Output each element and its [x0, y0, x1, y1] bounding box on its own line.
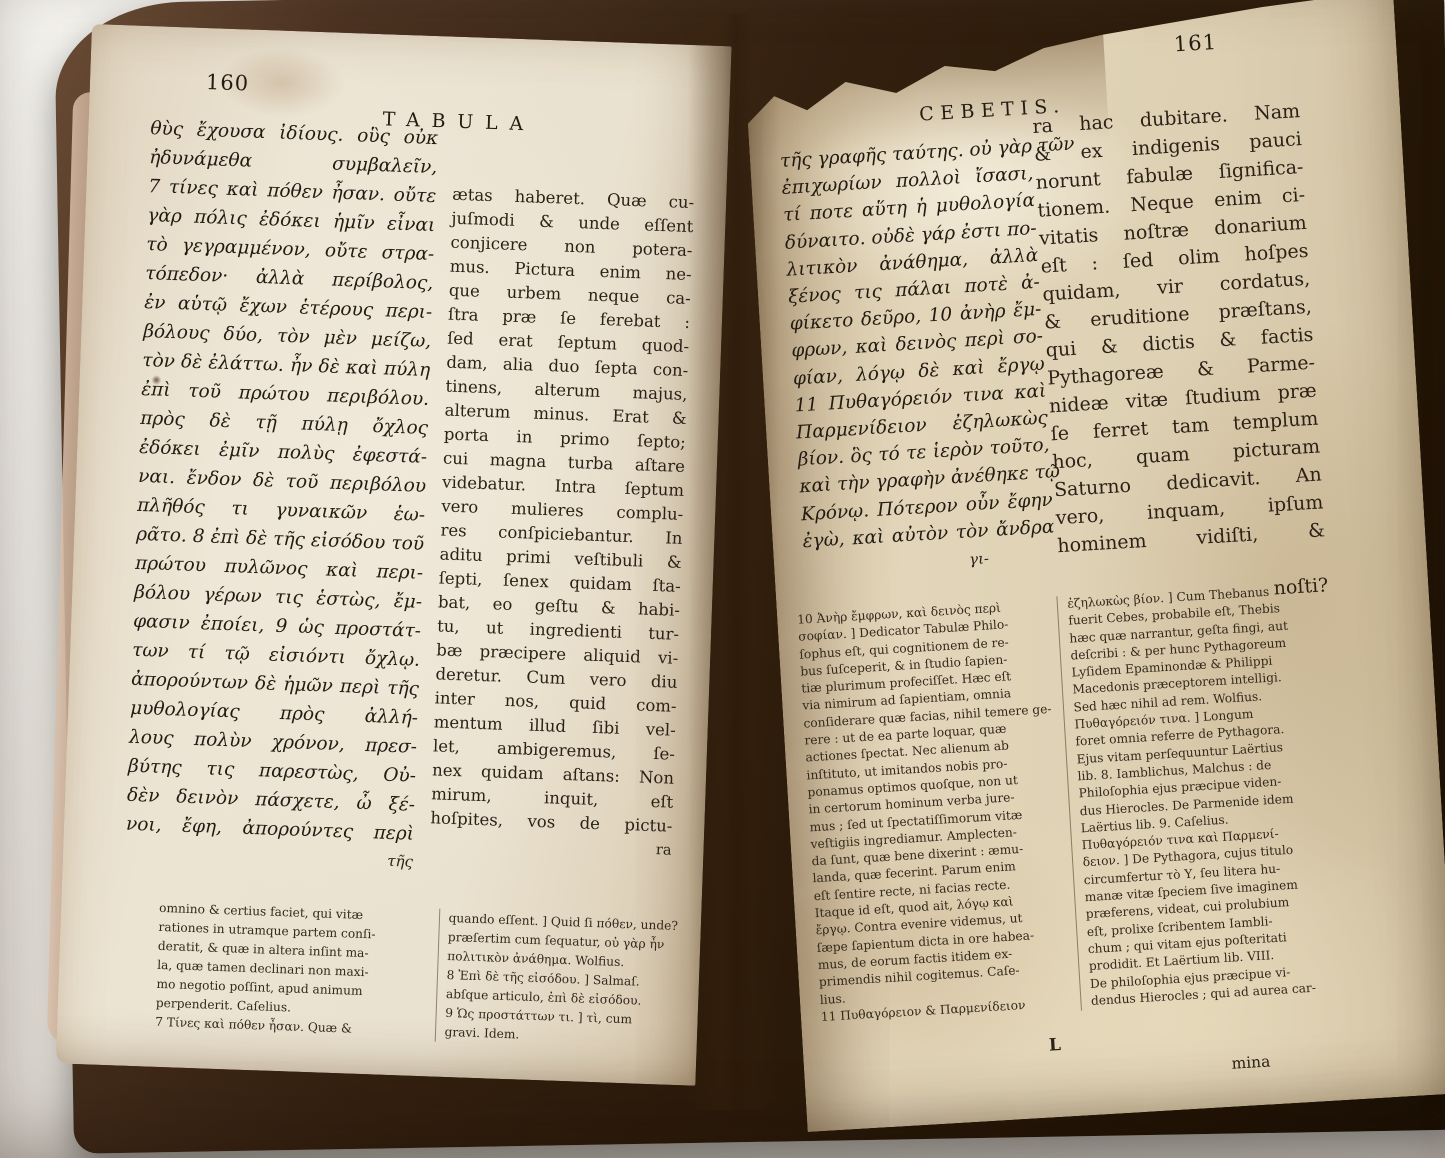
page-number-left: 160 — [206, 70, 250, 95]
footnote-column-1-left: omnino & certius faciet, qui vitæratione… — [155, 899, 439, 1042]
latin-text-column-right: ra hac dubitare. Nam& ex indigenis pauci… — [1032, 97, 1326, 560]
right-page: 161 CEBETIS. τῆς γραφῆς ταύτης. οὐ γὰρ τ… — [742, 0, 1445, 1132]
latin-text-column-left: ætas haberet. Quæ cu-juſmodi & unde eſſe… — [430, 183, 694, 839]
footnote-column-2-left: quando eſſent. ] Quid ſi πόθεν, unde?præ… — [434, 909, 679, 1050]
catchword-bottom-right: mina — [1160, 1053, 1271, 1077]
greek-text-column-right: τῆς γραφῆς ταύτης. οὐ γὰρ τῶνἐπιχωρίων π… — [779, 133, 1055, 555]
page-number-right: 161 — [1173, 28, 1244, 56]
footnotes-right: 10 Ἀνὴρ ἔμφρων, καὶ δεινὸς περὶσοφίαν. ]… — [797, 578, 1383, 1026]
footnote-column-2-right: ἐζηλωκὼς βίον. ] Cum Thebanusfuerit Cebe… — [1056, 578, 1383, 1010]
book-photo: 160 TABULA θὺς ἔχουσα ἰδίους. οὓς οὐκἠδυ… — [0, 0, 1445, 1158]
signature-mark: L — [1048, 1035, 1061, 1056]
left-page: 160 TABULA θὺς ἔχουσα ἰδίους. οὓς οὐκἠδυ… — [56, 24, 732, 1086]
greek-text-column-left: θὺς ἔχουσα ἰδίους. οὓς οὐκἠδυνάμεθα συμβ… — [126, 114, 439, 849]
catchword-latin-left: ra — [603, 840, 672, 858]
catchword-greek-right: γι- — [924, 547, 1035, 571]
catchword-greek-left: τῆς — [309, 849, 414, 871]
footnote-column-1-right: 10 Ἀνὴρ ἔμφρων, καὶ δεινὸς περὶσοφίαν. ]… — [797, 596, 1081, 1026]
footnotes-left: omnino & certius faciet, qui vitæratione… — [155, 899, 679, 1050]
